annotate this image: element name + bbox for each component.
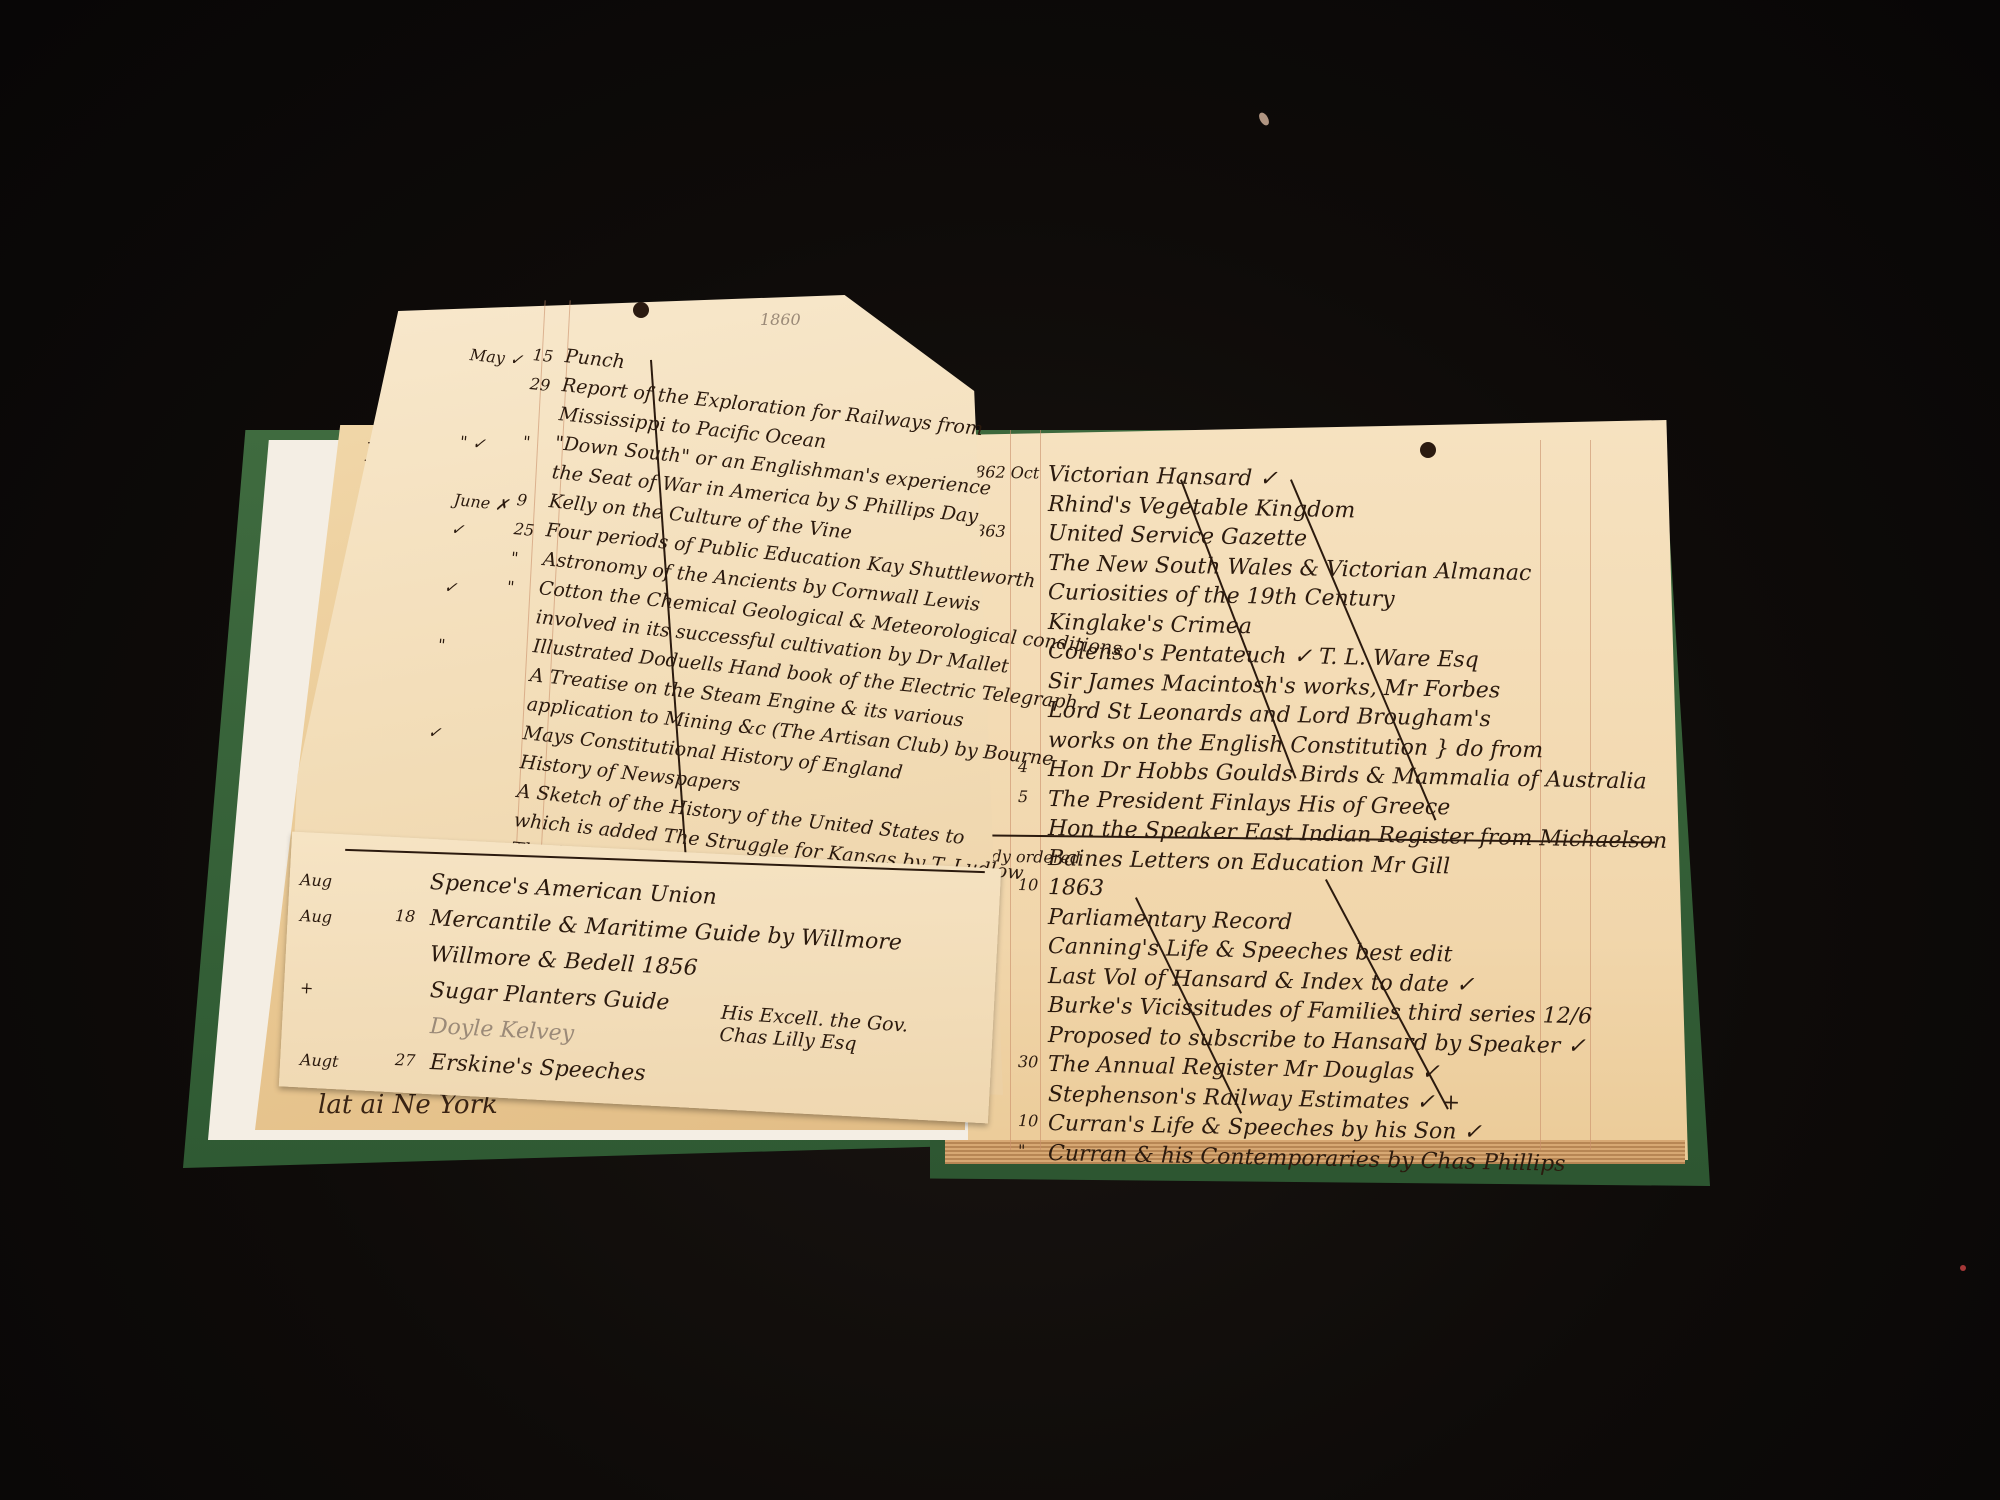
margin-rule bbox=[1040, 430, 1041, 1150]
binding-hole bbox=[633, 302, 649, 318]
entry-day: " bbox=[510, 548, 519, 568]
entry-day: 9 bbox=[516, 490, 528, 510]
dust-speck bbox=[1257, 111, 1271, 127]
entry-day: 15 bbox=[532, 345, 554, 366]
entry-day: 5 bbox=[1018, 787, 1029, 806]
entry-day: 25 bbox=[513, 519, 535, 540]
entry-day: 30 bbox=[1018, 1052, 1039, 1071]
entry-day: 10 bbox=[1018, 1111, 1039, 1130]
binding-hole bbox=[1420, 442, 1436, 458]
entry-month: ✓ bbox=[450, 519, 465, 539]
entry-day: " bbox=[1018, 1141, 1026, 1160]
entry-month: Aug bbox=[300, 906, 333, 927]
faint-header: 1860 bbox=[760, 310, 801, 329]
entry-month: " ✓ bbox=[459, 432, 487, 454]
entry-text: Parliamentary Record bbox=[1048, 905, 1293, 935]
margin-rule bbox=[1590, 440, 1591, 1150]
entry-month: ✓ bbox=[427, 722, 442, 742]
entry-text: Victorian Hansard ✓ bbox=[1048, 462, 1278, 492]
entry-day: 27 bbox=[395, 1050, 416, 1070]
entry-month: Aug bbox=[300, 870, 333, 891]
entry-month: + bbox=[300, 978, 314, 998]
entry-text: 1863 bbox=[1048, 875, 1105, 901]
entry-month: Augt bbox=[300, 1050, 339, 1071]
entry-day: 29 bbox=[529, 374, 551, 395]
entry-day: 18 bbox=[395, 906, 416, 926]
margin-rule bbox=[1010, 430, 1011, 1150]
entry-month: ✓ bbox=[443, 577, 458, 597]
dust-speck bbox=[1960, 1265, 1966, 1271]
